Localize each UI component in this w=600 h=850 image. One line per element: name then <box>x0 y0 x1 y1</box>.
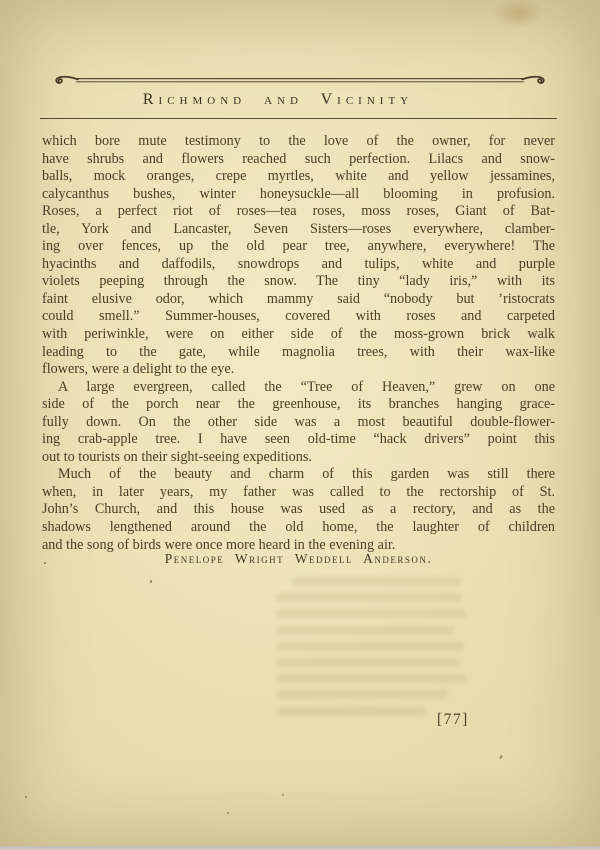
text-line: with periwinkle, were on either side of … <box>42 326 555 344</box>
paper-stain <box>482 0 554 34</box>
text-line: faint elusive odor, which mammy said “no… <box>42 291 555 309</box>
text-line: ing crab-apple tree. I have seen old-tim… <box>42 431 555 449</box>
paragraph: Much of the beauty and charm of this gar… <box>42 466 555 554</box>
text-line: fully down. On the other side was a most… <box>42 414 555 432</box>
show-through-line <box>276 626 454 635</box>
text-line: have shrubs and flowers reached such per… <box>42 151 555 169</box>
page-title: Richmond and Vicinity <box>0 89 556 111</box>
text-line: Much of the beauty and charm of this gar… <box>42 466 555 484</box>
book-page: Richmond and Vicinity which bore mute te… <box>0 0 600 850</box>
show-through-line <box>276 690 448 699</box>
text-line: out to tourists on their sight-seeing ex… <box>42 449 555 467</box>
text-line: when, in later years, my father was call… <box>42 484 555 502</box>
scan-edge <box>0 846 600 850</box>
show-through-line <box>276 658 459 667</box>
page-number: [77] <box>437 711 469 729</box>
paper-speck <box>499 755 503 759</box>
body-text: which bore mute testimony to the love of… <box>42 133 555 554</box>
scroll-ornament-rule <box>52 72 548 88</box>
text-line: hyacinths and daffodils, snowdrops and t… <box>42 256 555 274</box>
paragraph: A large evergreen, called the “Tree of H… <box>42 379 555 467</box>
text-line: which bore mute testimony to the love of… <box>42 133 555 151</box>
text-line: side of the porch near the greenhouse, i… <box>42 396 555 414</box>
header-rule <box>40 118 557 119</box>
text-line: calycanthus bushes, winter honeysuckle—a… <box>42 186 555 204</box>
text-line: flowers, were a delight to the eye. <box>42 361 555 379</box>
show-through-line <box>276 707 426 716</box>
paper-speck <box>25 796 27 798</box>
text-line: A large evergreen, called the “Tree of H… <box>42 379 555 397</box>
show-through-line <box>276 674 466 683</box>
show-through-line <box>276 642 464 651</box>
text-line: ing over fences, up the old pear tree, a… <box>42 238 555 256</box>
paragraph: which bore mute testimony to the love of… <box>42 133 555 379</box>
text-line: Roses, a perfect riot of roses—tea roses… <box>42 203 555 221</box>
text-line: tle, York and Lancaster, Seven Sisters—r… <box>42 221 555 239</box>
author-signature: Penelope Wright Weddell Anderson. <box>42 551 555 567</box>
text-line: could smell.” Summer-houses, covered wit… <box>42 308 555 326</box>
paper-speck <box>227 812 229 814</box>
text-line: balls, mock oranges, crepe myrtles, whit… <box>42 168 555 186</box>
show-through-line <box>276 593 462 602</box>
show-through-line <box>292 577 460 586</box>
paper-speck <box>44 562 46 564</box>
paper-speck <box>150 580 153 584</box>
show-through-line <box>276 609 466 618</box>
text-line: shadows lengthened around the old home, … <box>42 519 555 537</box>
text-line: violets peeping through the snow. The ti… <box>42 273 555 291</box>
text-line: John’s Church, and this house was used a… <box>42 501 555 519</box>
paper-speck <box>282 794 284 796</box>
show-through-text <box>276 577 468 723</box>
text-line: leading to the gate, while magnolia tree… <box>42 344 555 362</box>
